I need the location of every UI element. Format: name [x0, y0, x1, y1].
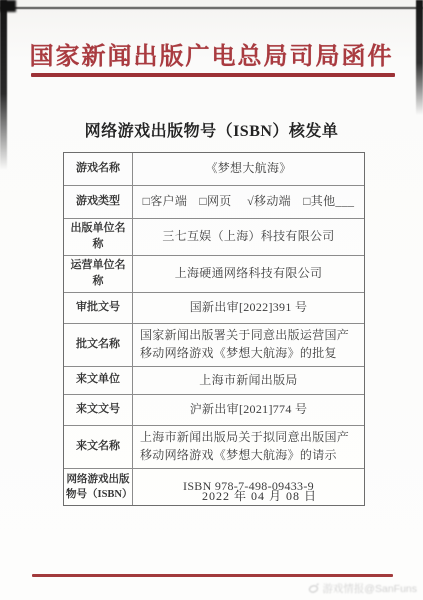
row-value: 上海市新闻出版局关于拟同意出版国产移动网络游戏《梦想大航海》的请示	[133, 426, 364, 468]
photo-edge-artifact	[0, 0, 16, 12]
row-label: 游戏类型	[64, 186, 133, 218]
table-row: 游戏类型□客户端 □网页 √移动端 □其他___	[64, 185, 364, 218]
table-row: 批文名称国家新闻出版署关于同意出版运营国产移动网络游戏《梦想大航海》的批复	[64, 323, 364, 366]
document-photo: 国家新闻出版广电总局司局函件 网络游戏出版物号（ISBN）核发单 游戏名称《梦想…	[0, 0, 423, 600]
row-value: □客户端 □网页 √移动端 □其他___	[133, 186, 364, 218]
row-value: 上海市新闻出版局	[133, 367, 364, 394]
row-value: 上海硬通网络科技有限公司	[133, 256, 364, 292]
row-value: 国新出审[2022]391 号	[133, 293, 364, 323]
watermark-logo-icon	[308, 583, 319, 594]
row-value: 三七互娱（上海）科技有限公司	[133, 219, 364, 255]
table-row: 来文名称上海市新闻出版局关于拟同意出版国产移动网络游戏《梦想大航海》的请示	[64, 425, 364, 468]
row-label: 审批文号	[64, 293, 133, 323]
row-label: 批文名称	[64, 324, 133, 366]
table-row: 来文单位上海市新闻出版局	[64, 366, 364, 394]
form-title: 网络游戏出版物号（ISBN）核发单	[0, 118, 423, 141]
table-row: 运营单位名称上海硬通网络科技有限公司	[64, 255, 364, 292]
photo-edge-artifact	[0, 0, 7, 170]
letterhead-rule	[31, 73, 395, 77]
row-label: 出版单位名称	[64, 219, 133, 255]
row-label: 来文名称	[64, 426, 133, 468]
table-row: 游戏名称《梦想大航海》	[64, 153, 364, 185]
row-label: 来文文号	[64, 395, 133, 425]
table-row: 来文文号沪新出审[2021]774 号	[64, 394, 364, 425]
row-value: 国家新闻出版署关于同意出版运营国产移动网络游戏《梦想大航海》的批复	[133, 324, 364, 366]
row-value: 沪新出审[2021]774 号	[133, 395, 364, 425]
table-row: 审批文号国新出审[2022]391 号	[64, 292, 364, 323]
row-label: 运营单位名称	[64, 256, 133, 292]
bottom-rule	[32, 574, 393, 577]
table-row: 出版单位名称三七互娱（上海）科技有限公司	[64, 218, 364, 255]
letterhead-title: 国家新闻出版广电总局司局函件	[0, 36, 423, 71]
watermark: 游戏情报@SanFuns	[308, 581, 417, 596]
row-label: 来文单位	[64, 367, 133, 394]
watermark-text: 游戏情报@SanFuns	[322, 581, 417, 596]
row-label: 游戏名称	[64, 153, 133, 185]
isbn-approval-table: 游戏名称《梦想大航海》游戏类型□客户端 □网页 √移动端 □其他___出版单位名…	[63, 152, 365, 506]
issue-date: 2022 年 04 月 08 日	[0, 487, 317, 504]
photo-edge-artifact	[0, 7, 423, 9]
row-value: 《梦想大航海》	[133, 153, 364, 185]
